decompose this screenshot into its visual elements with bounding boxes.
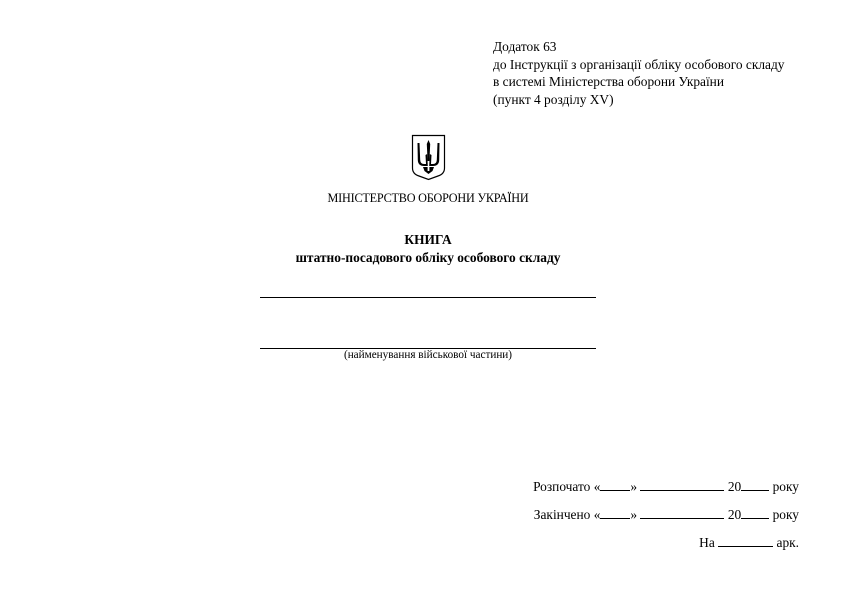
finished-label: Закінчено « [534,507,601,522]
annex-instruction: до Інструкції з організації обліку особо… [493,56,784,74]
quote-close: » [630,507,637,522]
started-month-field[interactable] [640,478,724,491]
sheets-prefix: На [699,535,715,550]
year-word: року [773,479,799,494]
quote-close: » [630,479,637,494]
unit-name-caption: (найменування військової частини) [260,349,596,361]
started-year-field[interactable] [741,478,769,491]
finished-day-field[interactable] [600,506,630,519]
annex-header: Додаток 63 до Інструкції з організації о… [493,38,784,108]
century: 20 [728,507,741,522]
annex-ministry: в системі Міністерства оборони України [493,73,784,91]
annex-section: (пункт 4 розділу XV) [493,91,784,109]
sheets-row: На арк. [533,534,799,562]
sheets-suffix: арк. [777,535,800,550]
unit-name-field-line-1[interactable] [260,297,596,298]
started-label: Розпочато « [533,479,600,494]
finished-row: Закінчено «» 20 року [533,506,799,534]
trident-coat-of-arms-icon [411,134,446,181]
century: 20 [728,479,741,494]
ministry-name: МІНІСТЕРСТВО ОБОРОНИ УКРАЇНИ [0,191,842,206]
started-day-field[interactable] [600,478,630,491]
sheets-count-field[interactable] [718,534,773,547]
annex-number: Додаток 63 [493,38,784,56]
finished-month-field[interactable] [640,506,724,519]
finished-year-field[interactable] [741,506,769,519]
book-subtitle: штатно-посадового обліку особового склад… [0,250,842,266]
book-title: КНИГА [0,232,842,248]
dates-block: Розпочато «» 20 року Закінчено «» 20 рок… [533,478,799,562]
year-word: року [773,507,799,522]
started-row: Розпочато «» 20 року [533,478,799,506]
